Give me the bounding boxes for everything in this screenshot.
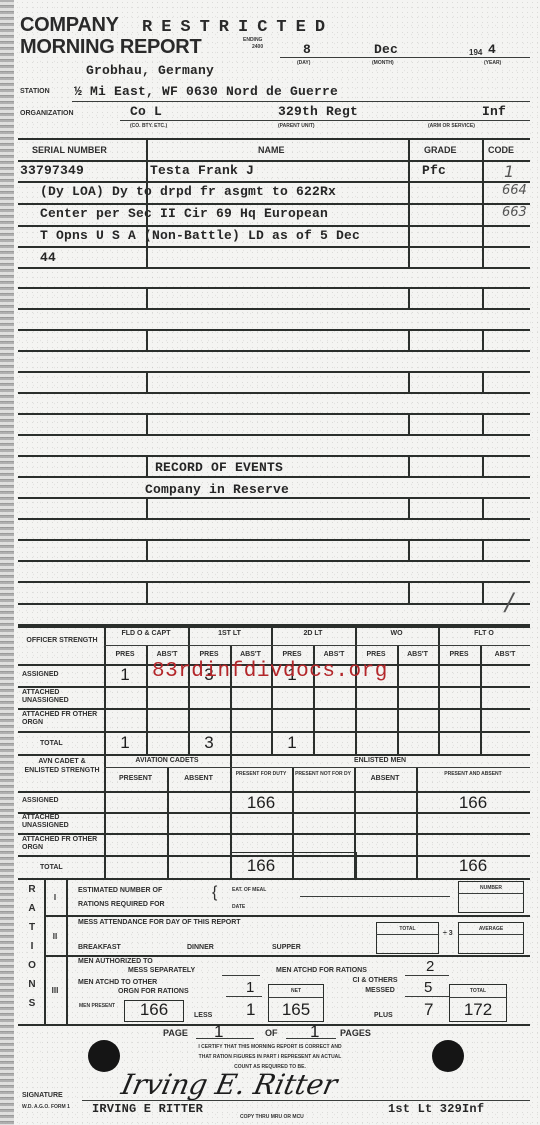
- organization-arm: Inf: [482, 104, 506, 119]
- copy-note: COPY THRU MRU OR MCU: [240, 1114, 304, 1120]
- sub-pres: PRES: [438, 651, 480, 658]
- parent-caption: (PARENT UNIT): [278, 123, 315, 129]
- officer-strength-header: OFFICER STRENGTH: [24, 636, 100, 645]
- dinner-label: DINNER: [187, 944, 214, 951]
- enlisted-total-present-absent: 166: [416, 856, 530, 876]
- col-present-and-absent: PRESENT AND ABSENT: [416, 770, 530, 778]
- less-value: 1: [246, 1000, 255, 1020]
- report-year: 4: [488, 42, 496, 57]
- sub-abst: ABS'T: [313, 651, 355, 658]
- time-label: 2400: [252, 44, 263, 50]
- station-value: ½ Mi East, WF 0630 Nord de Guerre: [74, 84, 338, 99]
- net-label: NET: [268, 988, 324, 994]
- row-label-assigned: ASSIGNED: [22, 671, 59, 678]
- name-value: Testa Frank J: [150, 163, 254, 178]
- row-label-attached-unassigned: ATTACHED UNASSIGNED: [22, 814, 100, 830]
- sub-pres: PRES: [188, 651, 230, 658]
- rations-total-label: TOTAL: [449, 988, 507, 994]
- less-label: LESS: [194, 1012, 212, 1019]
- men-present-label: MEN PRESENT: [72, 1003, 122, 1010]
- row-label-attached-other: ATTACHED FR OTHER ORGN: [22, 711, 100, 727]
- officer-total-2dlt-pres: 1: [271, 733, 313, 753]
- sub-abst: ABS'T: [146, 651, 188, 658]
- atchd-other-label-2: ORGN FOR RATIONS: [118, 988, 189, 995]
- margin-note-1: 664: [502, 183, 527, 198]
- officer-total-1stlt-pres: 3: [188, 733, 230, 753]
- group-1st-lt: 1ST LT: [188, 630, 271, 637]
- enlisted-total-present-duty: 166: [230, 856, 292, 876]
- sub-pres: PRES: [355, 651, 397, 658]
- section-i-date-field[interactable]: DATE: [232, 904, 245, 910]
- group-aviation-cadets: AVIATION CADETS: [104, 757, 230, 764]
- row-label-total: TOTAL: [40, 864, 63, 871]
- remark-line-3: T Opns U S A (Non-Battle) LD as of 5 Dec: [40, 228, 360, 243]
- group-wo: WO: [355, 630, 438, 637]
- record-of-events-heading: RECORD OF EVENTS: [155, 460, 283, 475]
- others-label-2: MESSED: [350, 987, 410, 994]
- form-number: W.D. A.G.O. FORM 1: [22, 1104, 82, 1110]
- others-value: 5: [424, 979, 432, 996]
- enlisted-assigned-present-absent: 166: [416, 793, 530, 813]
- col-code: CODE: [488, 145, 514, 155]
- atchd-other-value: 1: [246, 979, 254, 996]
- group-flt-o: FLT O: [438, 630, 530, 637]
- day-caption: (DAY): [297, 60, 310, 66]
- report-month: Dec: [374, 42, 398, 57]
- group-2d-lt: 2D LT: [271, 630, 355, 637]
- col-cadet-present: PRESENT: [104, 775, 167, 782]
- year-prefix: 194: [469, 48, 482, 57]
- section-ii-numeral: II: [44, 932, 66, 941]
- breakfast-label: BREAKFAST: [78, 944, 121, 951]
- col-grade: GRADE: [424, 145, 457, 155]
- year-caption: (YEAR): [484, 60, 501, 66]
- arm-caption: (ARM OR SERVICE): [428, 123, 475, 129]
- grade-value: Pfc: [422, 163, 446, 178]
- total-label: TOTAL: [376, 926, 439, 932]
- record-of-events-text: Company in Reserve: [145, 482, 289, 497]
- month-caption: (MONTH): [372, 60, 394, 66]
- group-fld-capt: FLD O & CAPT: [104, 630, 188, 637]
- organization-parent: 329th Regt: [278, 104, 358, 119]
- group-enlisted-men: ENLISTED MEN: [230, 757, 530, 764]
- remark-line-2: Center per Sec II Cir 69 Hq European: [40, 206, 328, 221]
- average-label: AVERAGE: [458, 926, 524, 932]
- signature-label: SIGNATURE: [22, 1092, 63, 1099]
- form-title-company: COMPANY: [20, 14, 119, 37]
- typed-officer-name: IRVING E RITTER: [92, 1102, 203, 1116]
- watermark-text: 83rdinfdivdocs.org: [152, 660, 388, 683]
- binder-hole-left: [88, 1040, 120, 1072]
- col-enlisted-absent: ABSENT: [354, 775, 416, 782]
- station-label: STATION: [20, 88, 50, 95]
- section-i-meal-field[interactable]: EAT. OF MEAL: [232, 887, 266, 893]
- enlisted-assigned-present-duty: 166: [230, 793, 292, 813]
- pencil-check-mark: /: [505, 588, 513, 616]
- col-present-for-duty: PRESENT FOR DUTY: [230, 770, 292, 778]
- rations-side-label: R A T I O N S: [22, 880, 42, 1013]
- report-day: 8: [303, 42, 311, 57]
- page-number: 1: [214, 1022, 223, 1042]
- code-value: 1: [504, 162, 514, 181]
- page-label: PAGE: [163, 1028, 188, 1038]
- net-value: 165: [268, 1000, 324, 1020]
- officer-total-fld-pres: 1: [104, 733, 146, 753]
- row-label-total: TOTAL: [40, 740, 63, 747]
- atchd-rations-label: MEN ATCHD FOR RATIONS: [276, 967, 367, 974]
- sub-pres: PRES: [104, 651, 146, 658]
- rations-total-value: 172: [449, 1000, 507, 1020]
- officer-assigned-fld-pres: 1: [104, 665, 146, 685]
- binder-hole-right: [432, 1040, 464, 1072]
- company-caption: (CO. BTY. ETC.): [130, 123, 167, 129]
- section-i-label-2: RATIONS REQUIRED FOR: [78, 901, 165, 908]
- supper-label: SUPPER: [272, 944, 301, 951]
- atchd-rations-value: 2: [426, 958, 434, 975]
- morning-report-sheet: COMPANY RESTRICTED MORNING REPORT ENDING…: [0, 0, 540, 1125]
- section-i-label-1: ESTIMATED NUMBER OF: [78, 887, 162, 894]
- section-iii-numeral: III: [44, 986, 66, 995]
- row-label-attached-other: ATTACHED FR OTHER ORGN: [22, 836, 100, 852]
- atchd-other-label-1: MEN ATCHD TO OTHER: [78, 979, 157, 986]
- col-present-not-for-duty: PRESENT NOT FOR DY: [292, 770, 354, 778]
- row-label-attached-unassigned: ATTACHED UNASSIGNED: [22, 689, 100, 705]
- col-cadet-absent: ABSENT: [167, 775, 230, 782]
- certify-line-1: I CERTIFY THAT THIS MORNING REPORT IS CO…: [140, 1044, 400, 1050]
- location-line: Grobhau, Germany: [86, 63, 214, 78]
- margin-note-2: 663: [502, 205, 527, 220]
- officer-rank-unit: 1st Lt 329Inf: [388, 1102, 484, 1116]
- row-label-assigned: ASSIGNED: [22, 797, 59, 804]
- others-label-1: CI & OTHERS: [340, 977, 410, 984]
- sub-pres: PRES: [271, 651, 313, 658]
- page-total: 1: [310, 1022, 319, 1042]
- authorized-label-1: MEN AUTHORIZED TO: [78, 958, 153, 965]
- certify-line-2: THAT RATION FIGURES IN PART I REPRESENT …: [140, 1054, 400, 1060]
- enlisted-strength-header: AVN CADET & ENLISTED STRENGTH: [24, 757, 100, 775]
- ending-label: ENDING: [243, 37, 262, 43]
- organization-company: Co L: [130, 104, 162, 119]
- remark-line-4: 44: [40, 250, 56, 265]
- authorized-label-2: MESS SEPARATELY: [128, 967, 195, 974]
- form-title-morning-report: MORNING REPORT: [20, 36, 201, 59]
- section-i-numeral: I: [44, 893, 66, 902]
- number-label: NUMBER: [458, 885, 524, 891]
- pages-label: PAGES: [340, 1028, 371, 1038]
- remark-line-1: (Dy LOA) Dy to drpd fr asgmt to 622Rx: [40, 184, 336, 199]
- officer-signature: Irving E. Ritter: [118, 1068, 340, 1101]
- mess-attendance-label: MESS ATTENDANCE FOR DAY OF THIS REPORT: [78, 919, 241, 926]
- of-label: OF: [265, 1028, 278, 1038]
- plus-label: PLUS: [374, 1012, 393, 1019]
- sub-abst: ABS'T: [397, 651, 438, 658]
- organization-label: ORGANIZATION: [20, 110, 74, 117]
- sub-abst: ABS'T: [480, 651, 530, 658]
- scan-edge: [0, 0, 14, 1125]
- divide-by-three: ÷ 3: [443, 930, 455, 937]
- col-name: NAME: [258, 145, 285, 155]
- plus-value: 7: [424, 1000, 433, 1020]
- sub-abst: ABS'T: [230, 651, 271, 658]
- col-serial-number: SERIAL NUMBER: [32, 145, 107, 155]
- restricted-stamp: RESTRICTED: [142, 18, 334, 37]
- serial-number-value: 33797349: [20, 163, 84, 178]
- men-present-value: 166: [124, 1000, 184, 1020]
